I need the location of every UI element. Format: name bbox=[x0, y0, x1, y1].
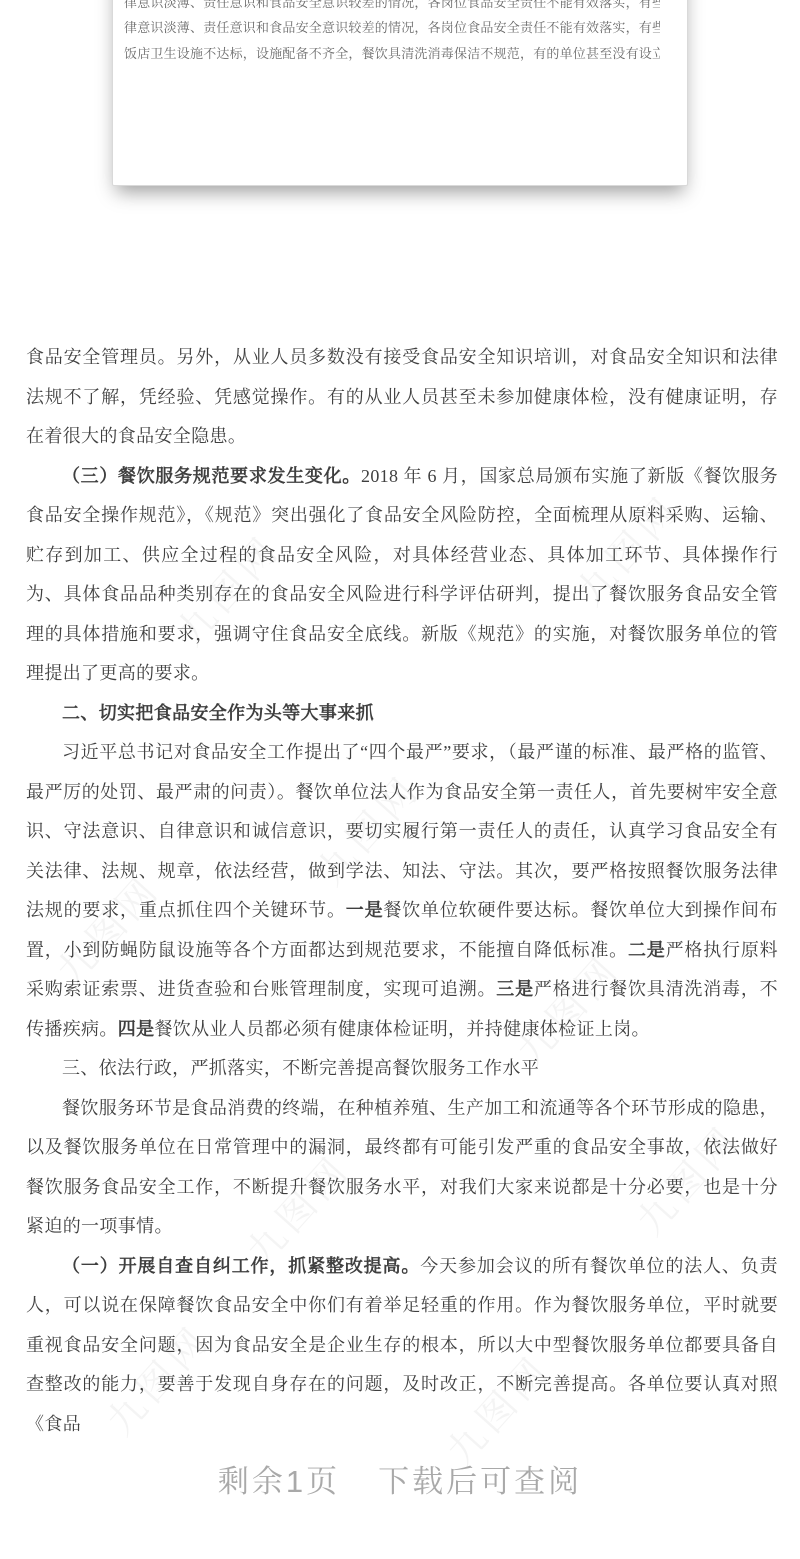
document-preview-page: 九图网九图网九图网九图网九图网九图网九图网九图网九图网 律意识淡薄、责任意识和食… bbox=[0, 0, 800, 1559]
previous-page-line: 饭店卫生设施不达标，设施配备不齐全，餐饮具清洗消毒保洁不规范，有的单位甚至没有设… bbox=[124, 41, 660, 66]
text-run: 食品安全管理员。另外，从业人员多数没有接受食品安全知识培训，对食品安全知识和法律… bbox=[26, 347, 778, 446]
text-run: 习近平总书记对食品安全工作提出了“四个最严”要求，（最严谨的标准、最严格的监管、… bbox=[26, 742, 778, 920]
text-run: 餐饮从业人员都必须有健康体检证明，并持健康体检证上岗。 bbox=[154, 1019, 649, 1039]
bold-run: 四是 bbox=[118, 1019, 155, 1039]
previous-page-card: 律意识淡薄、责任意识和食品安全意识较差的情况，各岗位食品安全责任不能有效落实，有… bbox=[112, 0, 688, 186]
bold-run: 二是 bbox=[628, 940, 666, 960]
text-run: 三、依法行政，严抓落实，不断完善提高餐饮服务工作水平 bbox=[62, 1058, 539, 1078]
bold-run: 三是 bbox=[496, 979, 534, 999]
paragraph: 餐饮服务环节是食品消费的终端，在种植养殖、生产加工和流通等各个环节形成的隐患，以… bbox=[26, 1089, 778, 1247]
paragraph: 习近平总书记对食品安全工作提出了“四个最严”要求，（最严谨的标准、最严格的监管、… bbox=[26, 733, 778, 1049]
bold-run: 二、切实把食品安全作为头等大事来抓 bbox=[62, 703, 374, 723]
paragraph: （三）餐饮服务规范要求发生变化。2018 年 6 月，国家总局颁布实施了新版《餐… bbox=[26, 457, 778, 694]
previous-page-line: 律意识淡薄、责任意识和食品安全意识较差的情况，各岗位食品安全责任不能有效落实，有… bbox=[124, 15, 660, 40]
paragraph: 食品安全管理员。另外，从业人员多数没有接受食品安全知识培训，对食品安全知识和法律… bbox=[26, 338, 778, 457]
previous-page-clipped-line: 律意识淡薄、责任意识和食品安全意识较差的情况，各岗位食品安全责任不能有效落实，有… bbox=[124, 0, 660, 15]
text-run: 今天参加会议的所有餐饮单位的法人、负责人，可以说在保障餐饮食品安全中你们有着举足… bbox=[26, 1256, 778, 1434]
download-to-view-hint: 下载后可查阅 bbox=[378, 1456, 582, 1501]
pages-remaining-label: 剩余1页 bbox=[218, 1456, 340, 1501]
paragraph: 三、依法行政，严抓落实，不断完善提高餐饮服务工作水平 bbox=[26, 1049, 778, 1089]
text-run: 餐饮服务环节是食品消费的终端，在种植养殖、生产加工和流通等各个环节形成的隐患，以… bbox=[26, 1098, 778, 1237]
paragraph: （一）开展自查自纠工作，抓紧整改提高。今天参加会议的所有餐饮单位的法人、负责人，… bbox=[26, 1247, 778, 1445]
bold-run: 一是 bbox=[346, 900, 384, 920]
bold-run: （三）餐饮服务规范要求发生变化。 bbox=[62, 466, 361, 486]
bold-run: （一）开展自查自纠工作，抓紧整改提高。 bbox=[62, 1256, 420, 1276]
footer-notice: 剩余1页 下载后可查阅 bbox=[0, 1456, 800, 1501]
paragraph: 二、切实把食品安全作为头等大事来抓 bbox=[26, 694, 778, 734]
previous-page-text: 律意识淡薄、责任意识和食品安全意识较差的情况，各岗位食品安全责任不能有效落实，有… bbox=[124, 0, 660, 66]
text-run: 2018 年 6 月，国家总局颁布实施了新版《餐饮服务食品安全操作规范》，《规范… bbox=[26, 466, 778, 684]
document-body: 食品安全管理员。另外，从业人员多数没有接受食品安全知识培训，对食品安全知识和法律… bbox=[26, 338, 778, 1444]
